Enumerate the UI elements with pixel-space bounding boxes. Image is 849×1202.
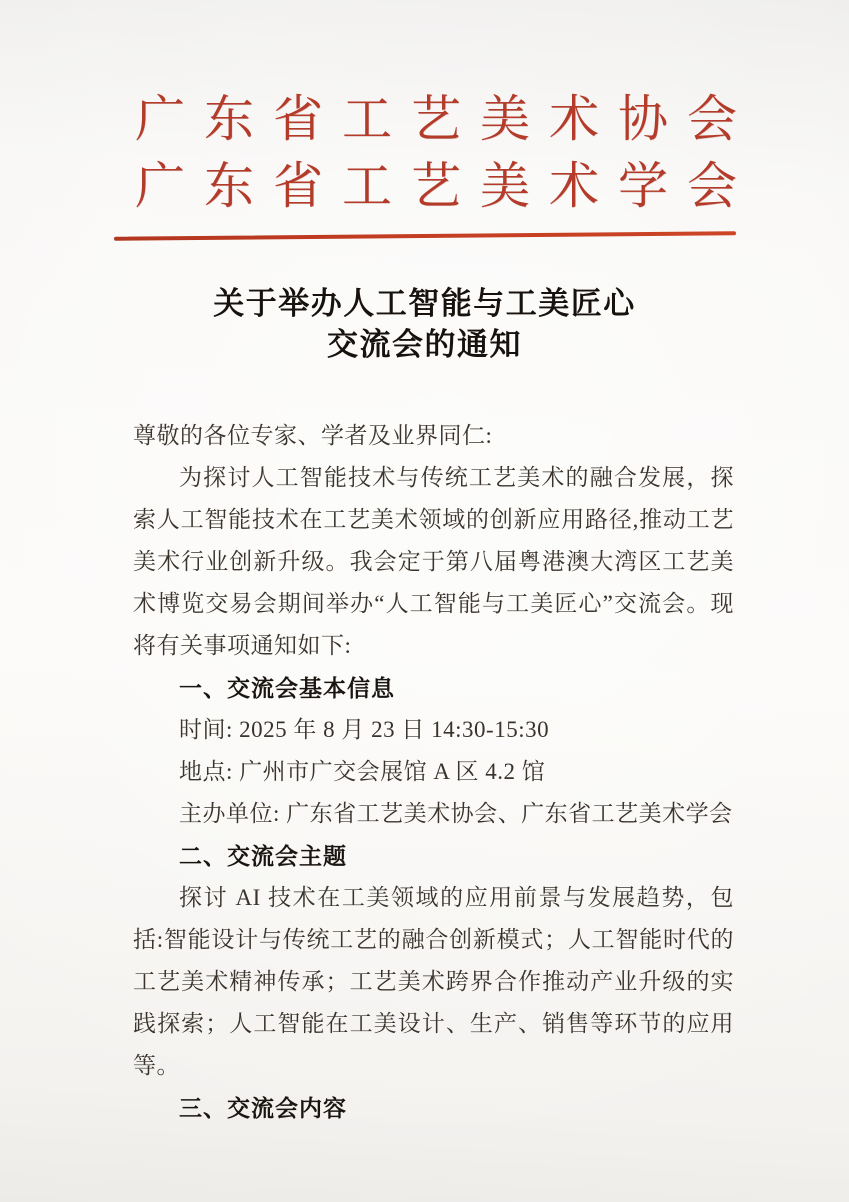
notice-body: 尊敬的各位专家、学者及业界同仁: 为探讨人工智能技术与传统工艺美术的融合发展，探…	[133, 415, 734, 1129]
letterhead: 广东省工艺美术协会 广东省工艺美术学会	[0, 86, 849, 220]
time-line: 时间: 2025 年 8 月 23 日 14:30-15:30	[133, 709, 734, 751]
letterhead-divider-rule	[114, 231, 736, 240]
notice-document-page: 广东省工艺美术协会 广东省工艺美术学会 关于举办人工智能与工美匠心 交流会的通知…	[0, 0, 849, 1202]
intro-paragraph: 为探讨人工智能技术与传统工艺美术的融合发展，探索人工智能技术在工艺美术领域的创新…	[133, 457, 734, 667]
letterhead-org-line-2: 广东省工艺美术学会	[0, 153, 849, 220]
salutation-line: 尊敬的各位专家、学者及业界同仁:	[133, 415, 734, 457]
theme-paragraph: 探讨 AI 技术在工美领域的应用前景与发展趋势，包括:智能设计与传统工艺的融合创…	[133, 877, 734, 1087]
section-2-heading: 二、交流会主题	[133, 835, 734, 877]
section-1-heading: 一、交流会基本信息	[133, 667, 734, 709]
notice-title-line-2: 交流会的通知	[0, 324, 849, 365]
letterhead-org-line-1: 广东省工艺美术协会	[0, 86, 849, 153]
venue-line: 地点: 广州市广交会展馆 A 区 4.2 馆	[133, 751, 734, 793]
notice-title-line-1: 关于举办人工智能与工美匠心	[0, 283, 849, 324]
section-3-heading: 三、交流会内容	[133, 1087, 734, 1129]
notice-title: 关于举办人工智能与工美匠心 交流会的通知	[0, 283, 849, 365]
organizer-line: 主办单位: 广东省工艺美术协会、广东省工艺美术学会	[133, 793, 734, 835]
